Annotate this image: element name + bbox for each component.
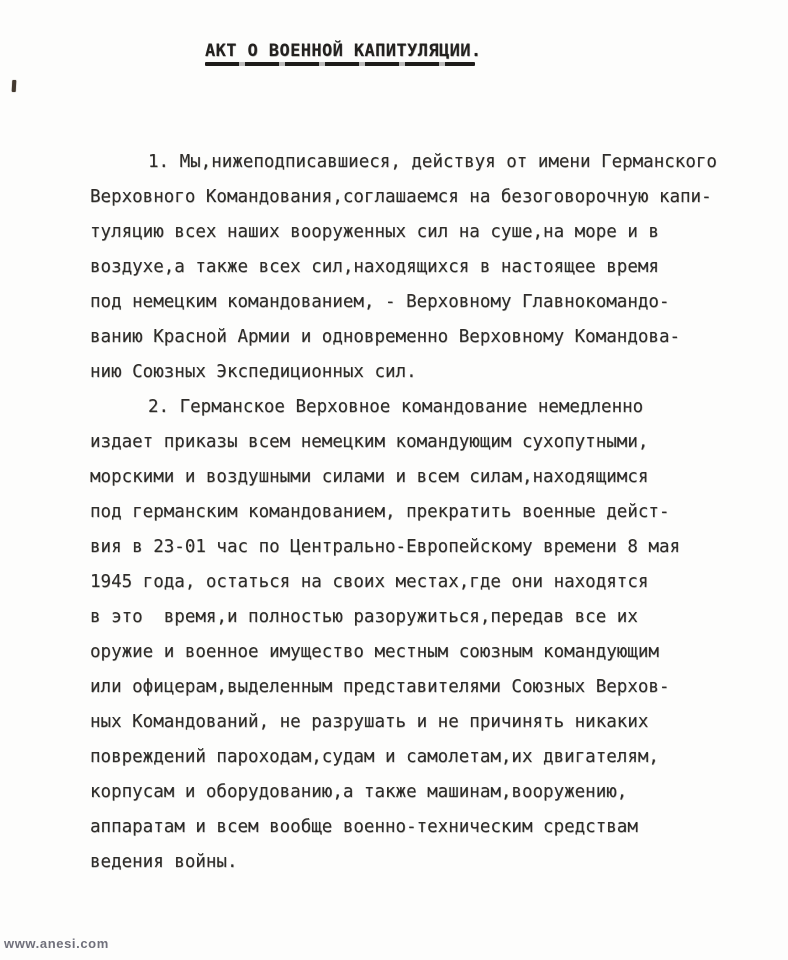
text-line: повреждений пароходам,судам и самолетам,…: [90, 740, 750, 775]
text-line: аппаратам и всем вообще военно-техническ…: [90, 810, 750, 845]
text-line: 1945 года, остаться на своих местах,где …: [90, 565, 750, 600]
text-line: вия в 23-01 час по Центрально-Европейско…: [90, 530, 750, 565]
text-line: в это время,и полностью разоружиться,пер…: [90, 600, 750, 635]
text-line: оружие и военное имущество местным союзн…: [90, 635, 750, 670]
text-line: 1. Мы,нижеподписавшиеся, действуя от име…: [90, 145, 750, 180]
document-body: 1. Мы,нижеподписавшиеся, действуя от име…: [90, 145, 750, 880]
document-page: АКТ О ВОЕННОЙ КАПИТУЛЯЦИИ. 1. Мы,нижепод…: [0, 0, 788, 960]
text-line: корпусам и оборудованию,а также машинам,…: [90, 775, 750, 810]
text-line: 2. Германское Верховное командование нем…: [90, 390, 750, 425]
title-underline: [205, 62, 475, 66]
text-line: под германским командованием, прекратить…: [90, 495, 750, 530]
text-line: под немецким командованием, - Верховному…: [90, 285, 750, 320]
text-line: Верховного Командования,соглашаемся на б…: [90, 180, 750, 215]
text-line: издает приказы всем немецким командующим…: [90, 425, 750, 460]
paragraph-2: 2. Германское Верховное командование нем…: [90, 390, 750, 880]
text-line: нию Союзных Экспедиционных сил.: [90, 355, 750, 390]
text-line: морскими и воздушными силами и всем сила…: [90, 460, 750, 495]
text-line: ведения войны.: [90, 845, 750, 880]
document-title: АКТ О ВОЕННОЙ КАПИТУЛЯЦИИ.: [205, 41, 482, 61]
text-line: ных Командований, не разрушать и не прич…: [90, 705, 750, 740]
paragraph-1: 1. Мы,нижеподписавшиеся, действуя от име…: [90, 145, 750, 390]
text-line: или офицерам,выделенным представителями …: [90, 670, 750, 705]
scan-artifact: [12, 80, 17, 92]
text-line: воздухе,а также всех сил,находящихся в н…: [90, 250, 750, 285]
watermark: www.anesi.com: [4, 936, 109, 951]
text-line: туляцию всех наших вооруженных сил на су…: [90, 215, 750, 250]
text-line: ванию Красной Армии и одновременно Верхо…: [90, 320, 750, 355]
